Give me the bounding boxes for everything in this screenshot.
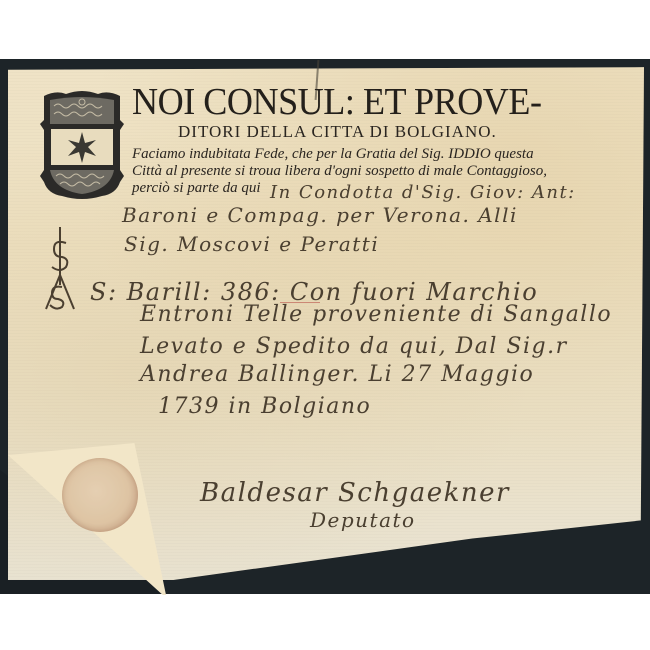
- handwritten-line-7: Andrea Ballinger. Li 27 Maggio: [140, 362, 534, 387]
- handwritten-line-8: 1739 in Bolgiano: [158, 394, 371, 419]
- signature-title: Deputato: [310, 508, 416, 532]
- printed-line-3: perciò si parte da qui: [132, 180, 261, 197]
- signature: Baldesar Schgaekner: [200, 478, 510, 508]
- wax-seal-icon: [62, 458, 138, 532]
- red-ink-mark: [280, 302, 320, 303]
- document-headline: NOI CONSUL: ET PROVE-: [132, 80, 542, 124]
- handwritten-line-5: Entroni Telle proveniente di Sangallo: [140, 302, 612, 327]
- handwritten-line-3: Sig. Moscovi e Peratti: [124, 232, 379, 256]
- printed-line-1: Faciamo indubitata Fede, che per la Grat…: [132, 146, 534, 163]
- merchant-mark-icon: [40, 225, 80, 315]
- handwritten-line-2: Baroni e Compag. per Verona. Alli: [122, 203, 518, 227]
- handwritten-line-1: In Condotta d'Sig. Giov: Ant:: [270, 182, 576, 203]
- document-subhead: DITORI DELLA CITTA DI BOLGIANO.: [178, 122, 497, 142]
- printed-line-2: Città al presente si troua libera d'ogni…: [132, 163, 547, 180]
- star-emblem-icon: [36, 90, 128, 200]
- handwritten-line-6: Levato e Spedito da qui, Dal Sig.r: [140, 334, 568, 359]
- document-scan: NOI CONSUL: ET PROVE- DITORI DELLA CITTA…: [0, 0, 650, 650]
